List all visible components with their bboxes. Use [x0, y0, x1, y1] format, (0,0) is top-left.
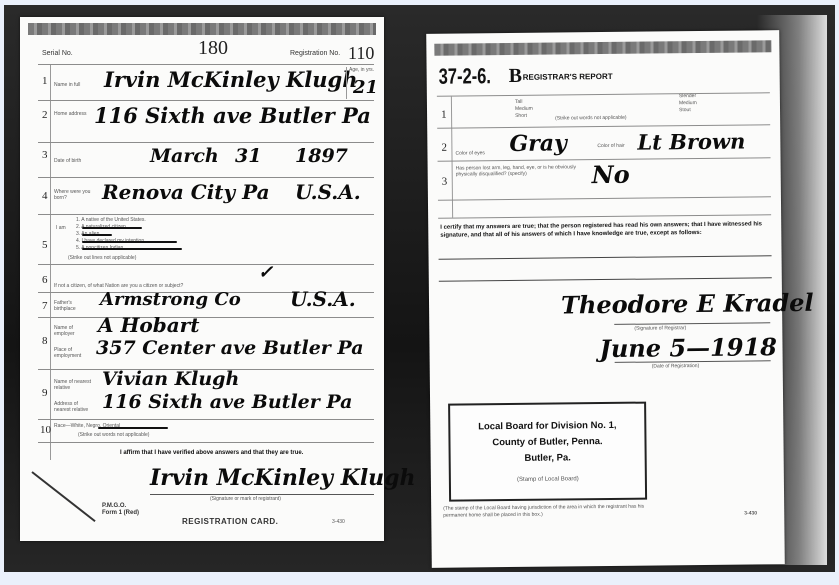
- registration-label: Registration No.: [290, 50, 340, 57]
- stamp-caption: (Stamp of Local Board): [451, 476, 645, 484]
- birth-country: U.S.A.: [295, 180, 361, 204]
- row-number: 10: [40, 424, 51, 436]
- father-birthplace: Armstrong Co: [100, 289, 241, 310]
- birth-day: 31: [235, 145, 261, 167]
- disability-label: Has person lost arm, leg, hand, eye, or …: [456, 164, 586, 177]
- name-label: Name in full: [54, 82, 80, 88]
- relative-label: Name of nearest relative: [54, 379, 94, 391]
- row-number: 3: [42, 149, 48, 161]
- registrant-name: Irvin McKinley Klugh: [104, 67, 357, 92]
- date-caption: (Date of Registration): [652, 363, 700, 369]
- form-id: P.M.G.O. Form 1 (Red): [102, 503, 142, 517]
- race-sublabel: (Strike out words not applicable): [78, 432, 149, 438]
- birth-date-label: Date of birth: [54, 158, 81, 164]
- father-birthplace-label: Father's birthplace: [54, 300, 94, 312]
- registrar-signature: Theodore E Kradel: [561, 288, 814, 320]
- local-board-stamp-box: Local Board for Division No. 1, County o…: [448, 402, 647, 502]
- employment-place-label: Place of employment: [54, 347, 94, 359]
- age-label: Age, in yrs.: [349, 67, 374, 73]
- height-options: Tall Medium Short: [515, 99, 533, 120]
- nationality-check: ✓: [258, 262, 273, 283]
- build-option-stout: Stout: [679, 107, 697, 114]
- eye-color: Gray: [509, 130, 567, 157]
- scan-background: Serial No. 180 Registration No. 110 1 Na…: [4, 5, 835, 572]
- employment-place: 357 Center ave Butler Pa: [96, 337, 364, 359]
- nearest-relative: Vivian Klugh: [102, 368, 239, 390]
- height-option-short: Short: [515, 113, 533, 120]
- hair-color-label: Color of hair: [597, 143, 624, 149]
- signature-caption: (Signature or mark of registrant): [210, 496, 281, 502]
- citizenship-option: 1. A native of the United States.: [76, 217, 146, 224]
- build-options: Slender Medium Stout: [679, 93, 697, 114]
- serial-label: Serial No.: [42, 50, 73, 57]
- row-number: 2: [441, 142, 447, 154]
- registrant-signature: Irvin McKinley Klugh: [150, 465, 416, 491]
- strikethrough: [82, 241, 177, 243]
- relative-address-label: Address of nearest relative: [54, 401, 94, 413]
- citizenship-label: I am: [56, 225, 66, 231]
- birth-year: 1897: [295, 145, 348, 167]
- serial-number: 180: [198, 37, 228, 60]
- eye-color-label: Color of eyes: [455, 150, 485, 156]
- home-address: 116 Sixth ave Butler Pa: [94, 103, 371, 128]
- strikethrough: [82, 234, 112, 236]
- row-number: 9: [42, 387, 48, 399]
- registration-number: 110: [348, 43, 374, 64]
- row-number: 8: [42, 335, 48, 347]
- birthplace-label: Where were you born?: [54, 189, 94, 201]
- stamp-line-1: Local Board for Division No. 1,: [450, 418, 644, 436]
- row-number: 6: [42, 274, 48, 286]
- hair-color: Lt Brown: [637, 129, 745, 155]
- row-number: 1: [42, 75, 48, 87]
- birth-month: March: [150, 145, 219, 167]
- registrar-report-card: 37-2-6. B REGISTRAR'S REPORT 1 Tall Medi…: [426, 30, 785, 568]
- strike-note: (Strike out lines not applicable): [68, 255, 136, 261]
- employer-label: Name of employer: [54, 325, 94, 337]
- report-code: 3-430: [744, 510, 757, 516]
- row-number: 4: [42, 190, 48, 202]
- row-number: 5: [42, 239, 48, 251]
- relative-address: 116 Sixth ave Butler Pa: [102, 391, 352, 413]
- affirmation-text: I affirm that I have verified above answ…: [120, 450, 303, 456]
- row-number: 7: [42, 300, 48, 312]
- strikethrough: [98, 427, 168, 429]
- report-title: REGISTRAR'S REPORT: [523, 72, 613, 82]
- strike-note: (Strike out words not applicable): [555, 115, 626, 122]
- row-number: 3: [442, 176, 448, 188]
- strikethrough: [82, 248, 182, 250]
- card-header-band: [434, 40, 771, 56]
- row-number: 2: [42, 109, 48, 121]
- registration-card: Serial No. 180 Registration No. 110 1 Na…: [20, 17, 384, 541]
- employer-name: A Hobart: [98, 313, 199, 337]
- birthplace: Renova City Pa: [102, 180, 270, 204]
- registrar-caption: (Signature of Registrar): [634, 325, 686, 332]
- home-address-label: Home address: [54, 111, 90, 117]
- registration-date: June 5—1918: [599, 332, 777, 363]
- father-birth-country: U.S.A.: [290, 287, 356, 311]
- card-code: 3-430: [332, 519, 345, 525]
- stamp-line-3: Butler, Pa.: [451, 450, 645, 468]
- registrant-age: 21: [353, 77, 378, 98]
- strikethrough: [82, 227, 142, 229]
- disability-answer: No: [592, 160, 630, 189]
- corner-cut-line: [31, 471, 95, 522]
- drop-cap: B: [509, 65, 523, 88]
- stamp-footnote: (The stamp of the Local Board having jur…: [443, 504, 653, 520]
- card-code-number: 37-2-6.: [439, 63, 492, 90]
- card-header-band: [28, 23, 376, 35]
- certification-text: I certify that my answers are true; that…: [440, 220, 770, 239]
- card-title: REGISTRATION CARD.: [182, 517, 278, 526]
- row-number: 1: [441, 109, 447, 121]
